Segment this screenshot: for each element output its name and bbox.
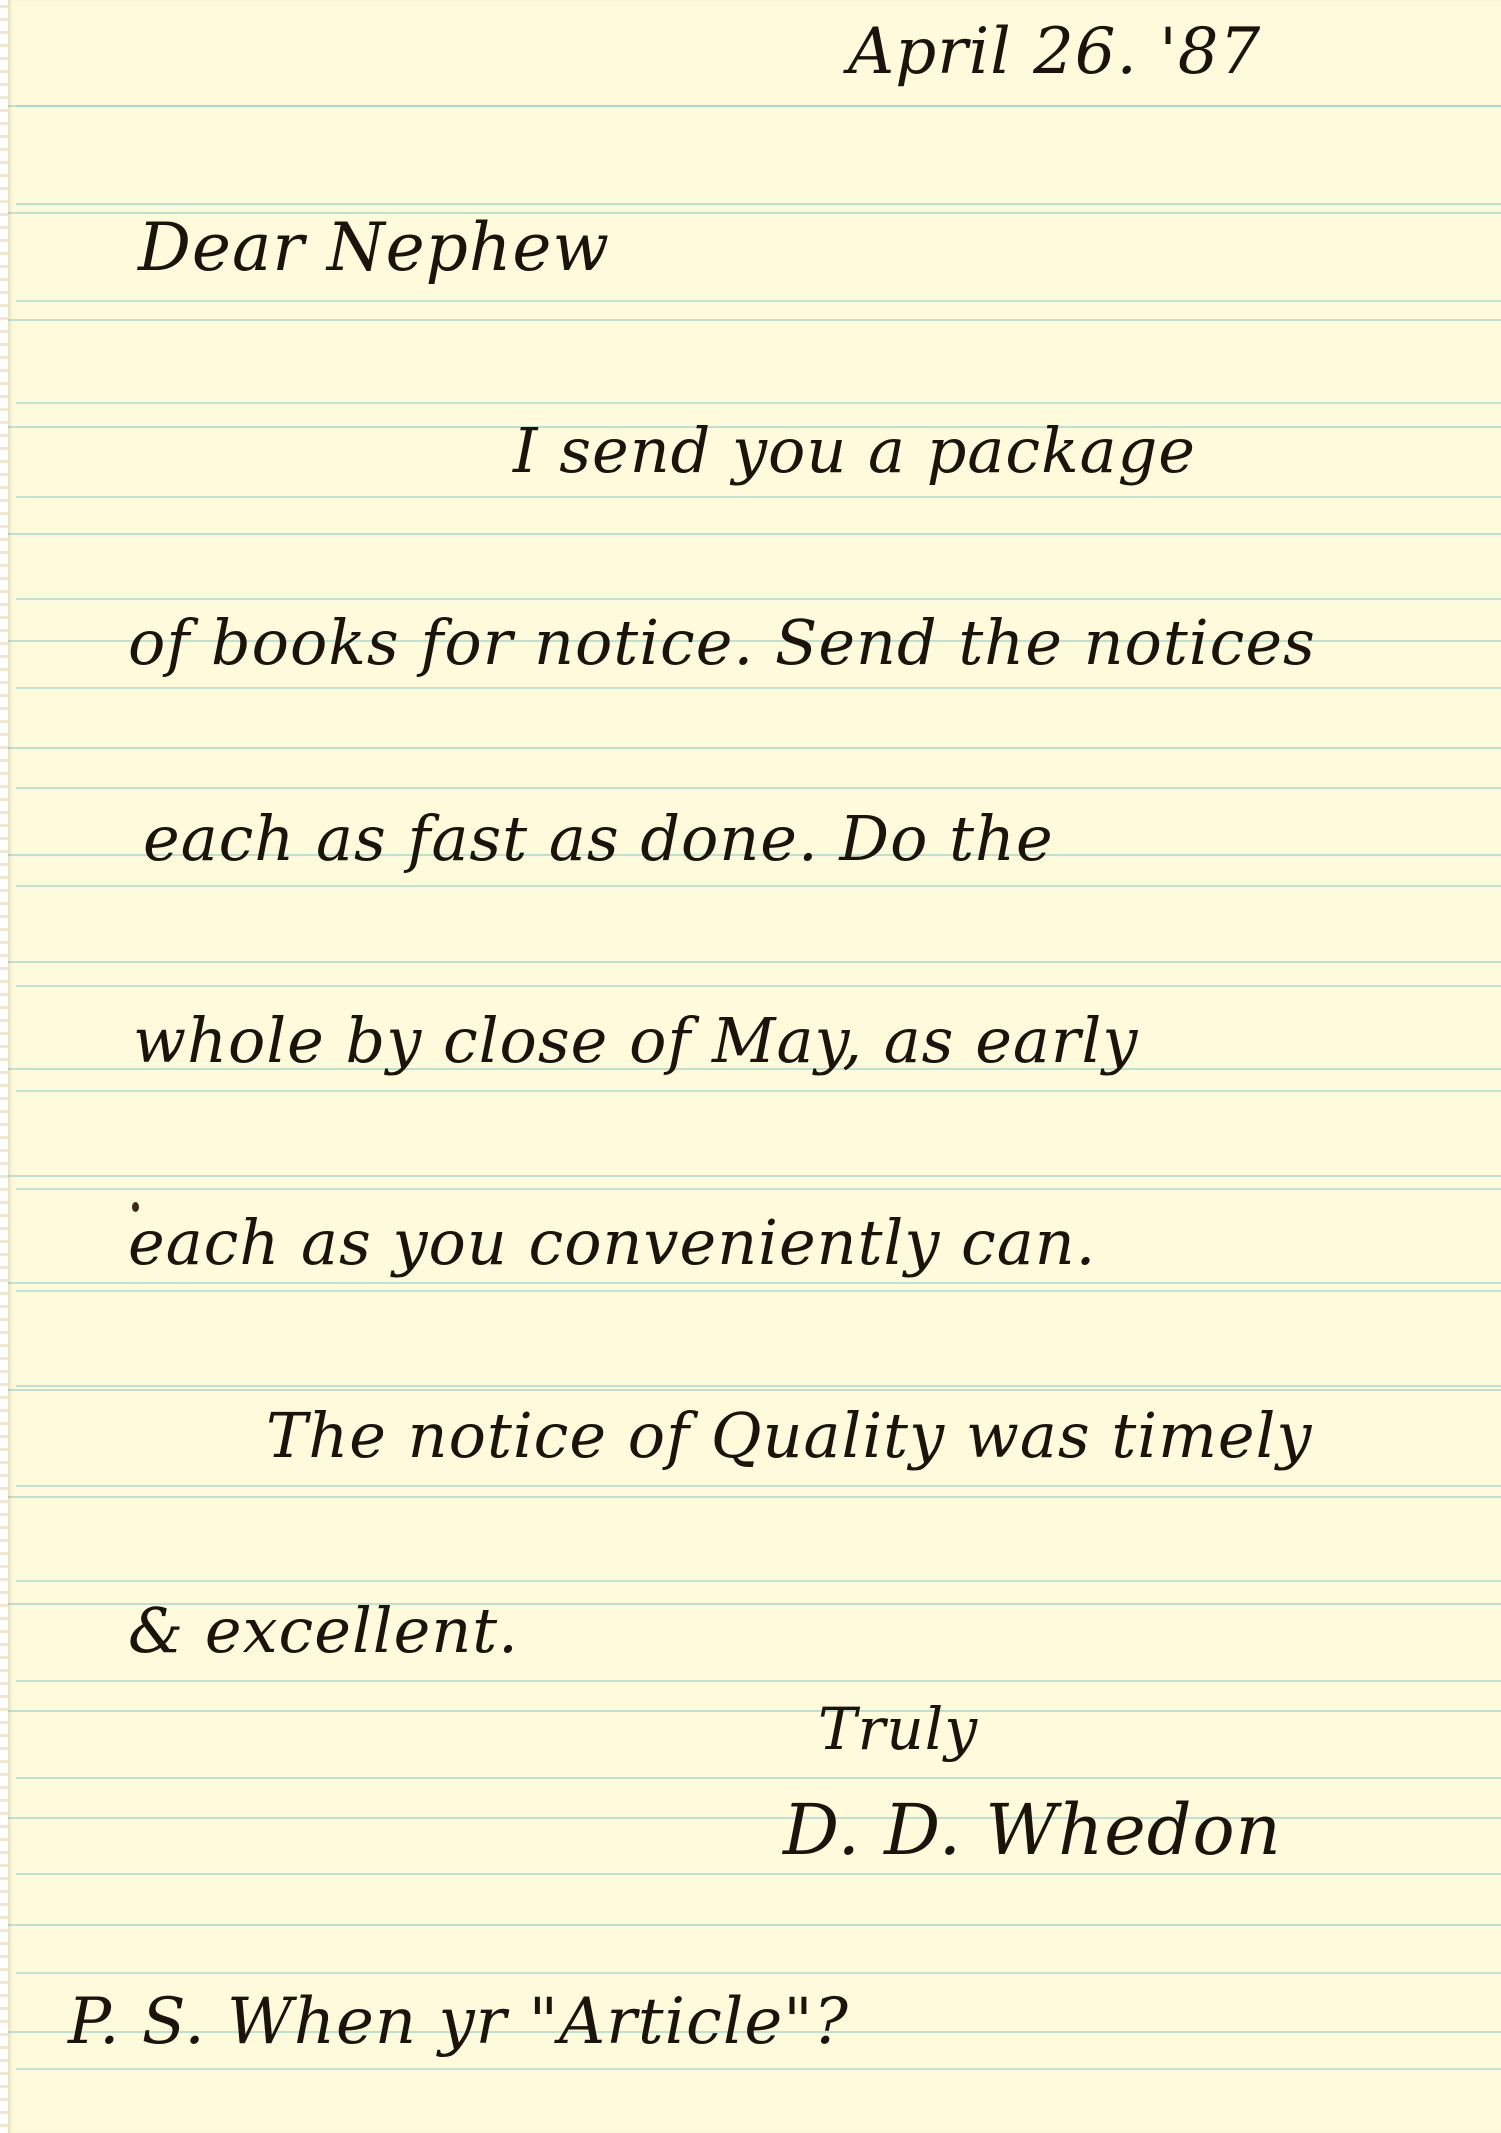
ruled-line <box>16 2068 1501 2070</box>
salutation: Dear Nephew <box>138 215 610 281</box>
ruled-line <box>16 1485 1501 1487</box>
ruled-line <box>16 496 1501 498</box>
ruled-line <box>16 598 1501 600</box>
signature: D. D. Whedon <box>783 1795 1282 1865</box>
body-line: each as fast as done. Do the <box>143 808 1054 870</box>
body-line: I send you a package <box>513 420 1196 482</box>
body-line: of books for notice. Send the notices <box>128 612 1316 674</box>
ruled-line <box>16 203 1501 205</box>
ink-blot <box>132 1202 139 1212</box>
ruled-line <box>16 1873 1501 1875</box>
ruled-line <box>16 1777 1501 1779</box>
body-line: each as you conveniently can. <box>128 1212 1096 1274</box>
letter-date: April 26. '87 <box>848 20 1261 84</box>
ruled-line <box>16 1188 1501 1190</box>
ruled-line <box>16 687 1501 689</box>
body-line: whole by close of May, as early <box>133 1010 1138 1072</box>
ruled-line <box>16 787 1501 789</box>
ruled-line <box>16 885 1501 887</box>
ruled-line <box>16 1090 1501 1092</box>
ruled-line <box>16 105 1501 107</box>
letter-sheet: April 26. '87 Dear Nephew I send you a p… <box>8 0 1501 2133</box>
ruled-line <box>16 300 1501 302</box>
ruled-line <box>16 1385 1501 1387</box>
postscript: P. S. When yr "Article"? <box>68 1990 849 2054</box>
ruled-line <box>16 1290 1501 1292</box>
ruled-line <box>16 985 1501 987</box>
ruled-line <box>16 402 1501 404</box>
ruled-line <box>16 1680 1501 1682</box>
closing: Truly <box>818 1700 978 1758</box>
body-line: The notice of Quality was timely <box>266 1405 1312 1467</box>
body-line: & excellent. <box>128 1600 519 1662</box>
ruled-line <box>16 1972 1501 1974</box>
ruled-line <box>16 1580 1501 1582</box>
